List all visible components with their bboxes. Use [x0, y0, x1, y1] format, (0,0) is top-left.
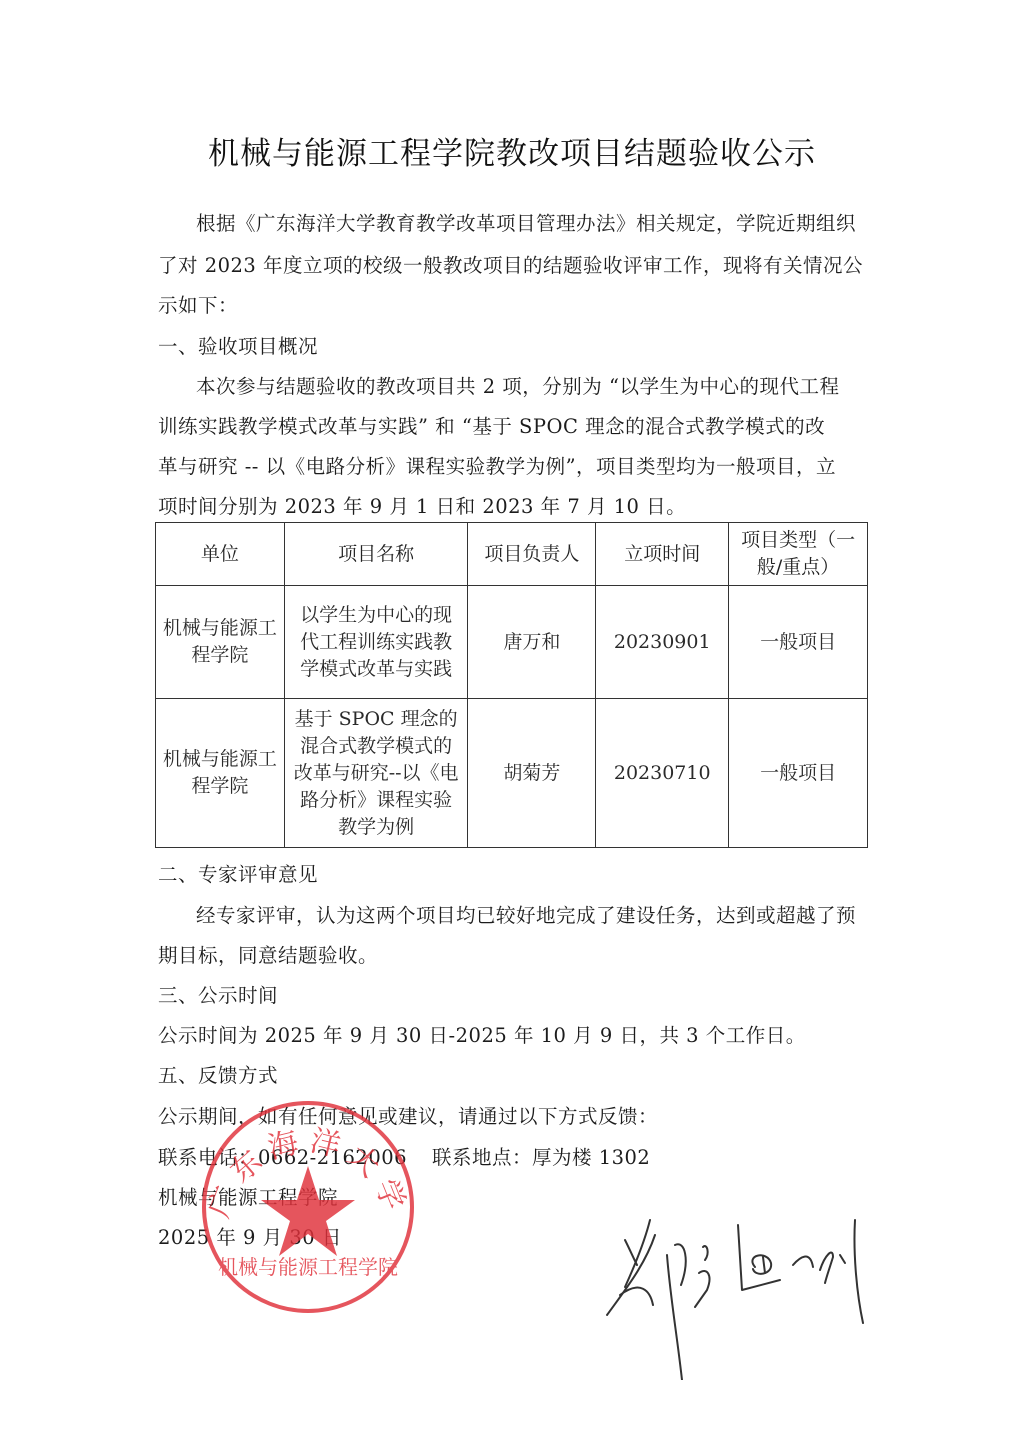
intro-line: 示如下： — [158, 290, 238, 318]
cell-unit: 机械与能源工程学院 — [156, 586, 285, 699]
header-leader: 项目负责人 — [468, 523, 596, 586]
header-unit: 单位 — [156, 523, 285, 586]
signature-icon — [595, 1195, 875, 1380]
cell-type: 一般项目 — [729, 586, 868, 699]
cell-project-name: 基于 SPOC 理念的混合式教学模式的改革与研究--以《电路分析》课程实验教学为… — [284, 699, 468, 848]
header-project-name: 项目名称 — [284, 523, 468, 586]
overview-line: 项时间分别为 2023 年 9 月 1 日和 2023 年 7 月 10 日。 — [158, 491, 686, 519]
intro-line: 了对 2023 年度立项的校级一般教改项目的结题验收评审工作，现将有关情况公 — [158, 250, 863, 278]
cell-type: 一般项目 — [729, 699, 868, 848]
cell-date: 20230901 — [596, 586, 729, 699]
header-type: 项目类型（一般/重点） — [729, 523, 868, 586]
table-row: 机械与能源工程学院 以学生为中心的现代工程训练实践教学模式改革与实践 唐万和 2… — [156, 586, 868, 699]
section-heading-review: 二、专家评审意见 — [158, 859, 318, 887]
review-line: 期目标，同意结题验收。 — [158, 940, 378, 968]
cell-project-name: 以学生为中心的现代工程训练实践教学模式改革与实践 — [284, 586, 468, 699]
overview-line: 本次参与结题验收的教改项目共 2 项，分别为 “以学生为中心的现代工程 — [196, 371, 839, 399]
cell-date: 20230710 — [596, 699, 729, 848]
table-row: 机械与能源工程学院 基于 SPOC 理念的混合式教学模式的改革与研究--以《电路… — [156, 699, 868, 848]
header-date: 立项时间 — [596, 523, 729, 586]
projects-table: 单位 项目名称 项目负责人 立项时间 项目类型（一般/重点） 机械与能源工程学院… — [155, 522, 868, 848]
period-line: 公示时间为 2025 年 9 月 30 日-2025 年 10 月 9 日，共 … — [158, 1020, 806, 1048]
cell-leader: 胡菊芳 — [468, 699, 596, 848]
cell-unit: 机械与能源工程学院 — [156, 699, 285, 848]
section-heading-period: 三、公示时间 — [158, 980, 278, 1008]
official-seal-icon: 广东海洋大学 机械与能源工程学院 — [198, 1096, 418, 1318]
cell-leader: 唐万和 — [468, 586, 596, 699]
document-title: 机械与能源工程学院教改项目结题验收公示 — [0, 128, 1024, 173]
overview-line: 革与研究 -- 以《电路分析》课程实验教学为例”，项目类型均为一般项目，立 — [158, 451, 836, 479]
table-header-row: 单位 项目名称 项目负责人 立项时间 项目类型（一般/重点） — [156, 523, 868, 586]
section-heading-overview: 一、验收项目概况 — [158, 331, 318, 359]
svg-text:机械与能源工程学院: 机械与能源工程学院 — [218, 1255, 398, 1279]
intro-line: 根据《广东海洋大学教育教学改革项目管理办法》相关规定，学院近期组织 — [196, 208, 856, 236]
contact-address: 联系地点：厚为楼 1302 — [432, 1142, 650, 1170]
section-heading-feedback: 五、反馈方式 — [158, 1060, 278, 1088]
overview-line: 训练实践教学模式改革与实践” 和 “基于 SPOC 理念的混合式教学模式的改 — [158, 411, 825, 439]
review-line: 经专家评审，认为这两个项目均已较好地完成了建设任务，达到或超越了预 — [196, 900, 856, 928]
